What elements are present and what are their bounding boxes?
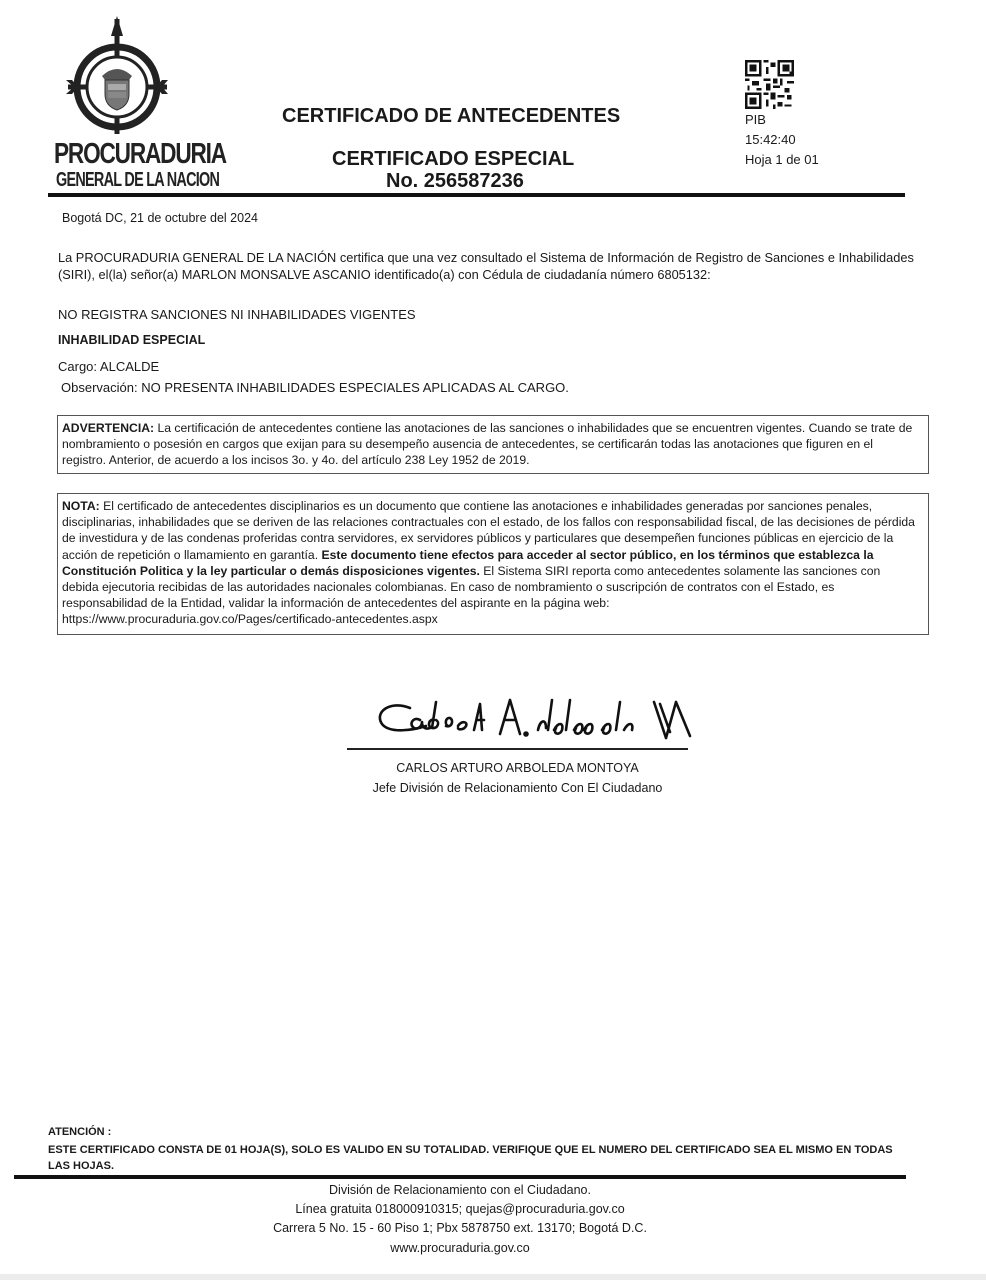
signature-line [347, 748, 688, 750]
attention-heading: ATENCIÓN : [48, 1126, 111, 1138]
verification-url[interactable]: https://www.procuraduria.gov.co/Pages/ce… [62, 612, 438, 626]
special-inhability-heading: INHABILIDAD ESPECIAL [58, 333, 205, 347]
page-bottom-edge [0, 1274, 986, 1280]
issuer-code: PIB [745, 112, 766, 127]
result-status: NO REGISTRA SANCIONES NI INHABILIDADES V… [58, 307, 416, 322]
logo-text-procuraduria: PROCURADURIA [54, 138, 226, 171]
procuraduria-logo: PROCURADURIA GENERAL DE LA NACION [50, 14, 185, 192]
warning-text: La certificación de antecedentes contien… [62, 421, 912, 467]
warning-box: ADVERTENCIA: La certificación de anteced… [57, 415, 929, 474]
handwritten-signature-icon [370, 690, 700, 750]
footer-address: Carrera 5 No. 15 - 60 Piso 1; Pbx 587875… [250, 1221, 670, 1235]
header-divider [48, 193, 905, 197]
procuraduria-crest-icon [50, 14, 185, 139]
issue-date: Bogotá DC, 21 de octubre del 2024 [62, 211, 258, 225]
qr-code-icon [745, 60, 794, 109]
certificate-number: No. 256587236 [386, 170, 524, 193]
footer-divider [14, 1175, 906, 1179]
note-label: NOTA: [62, 499, 100, 513]
page-indicator: Hoja 1 de 01 [745, 152, 819, 167]
note-box: NOTA: El certificado de antecedentes dis… [57, 493, 929, 635]
footer-website[interactable]: www.procuraduria.gov.co [250, 1241, 670, 1255]
footer-contact: Línea gratuita 018000910315; quejas@proc… [250, 1202, 670, 1216]
signer-role: Jefe División de Relacionamiento Con El … [347, 781, 688, 795]
logo-text-general: GENERAL DE LA NACION [56, 169, 219, 192]
footer-division: División de Relacionamiento con el Ciuda… [250, 1183, 670, 1197]
certification-statement: La PROCURADURIA GENERAL DE LA NACIÓN cer… [58, 249, 938, 283]
signer-name: CARLOS ARTURO ARBOLEDA MONTOYA [347, 761, 688, 775]
issue-time: 15:42:40 [745, 132, 796, 147]
document-title: CERTIFICADO DE ANTECEDENTES [282, 105, 620, 128]
position-field: Cargo: ALCALDE [58, 359, 159, 374]
attention-text: ESTE CERTIFICADO CONSTA DE 01 HOJA(S), S… [48, 1142, 898, 1174]
warning-label: ADVERTENCIA: [62, 421, 154, 435]
document-subtitle: CERTIFICADO ESPECIAL [332, 148, 574, 171]
observation-field: Observación: NO PRESENTA INHABILIDADES E… [61, 380, 569, 395]
